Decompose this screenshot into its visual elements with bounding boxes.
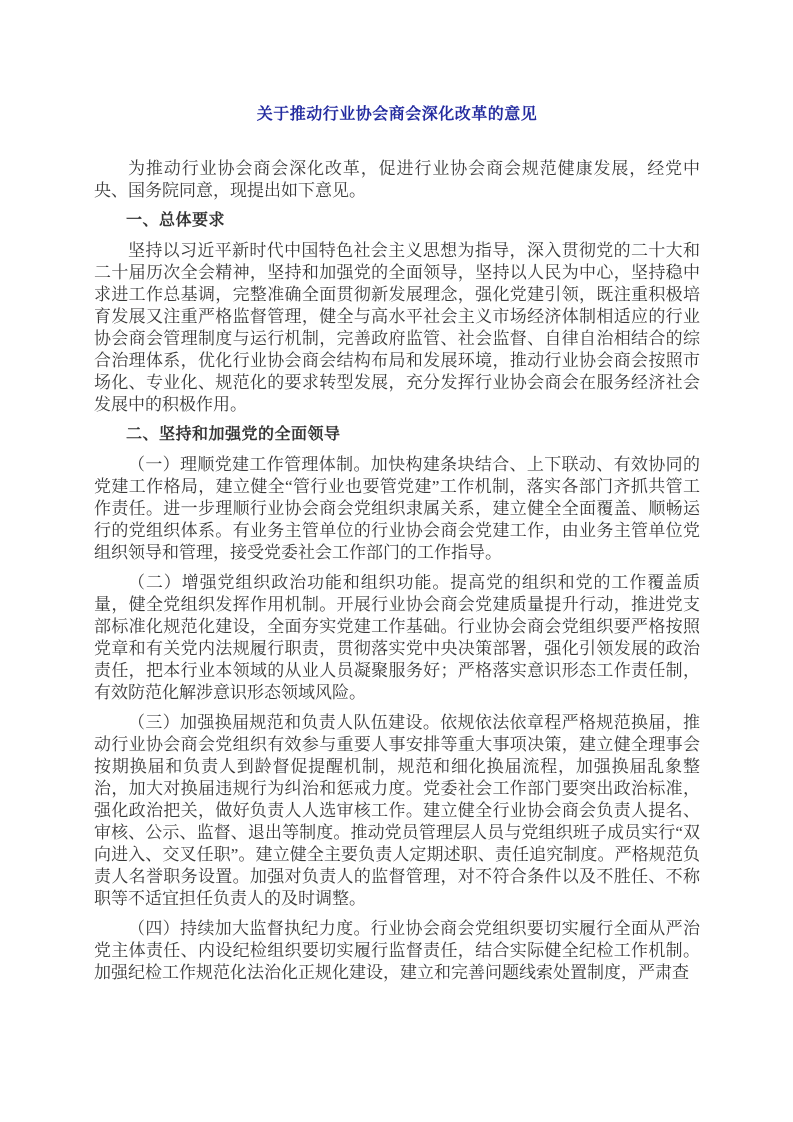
body-paragraph: 坚持以习近平新时代中国特色社会主义思想为指导，深入贯彻党的二十大和二十届历次全会… — [94, 240, 700, 416]
document-page: 关于推动行业协会商会深化改革的意见 为推动行业协会商会深化改革，促进行业协会商会… — [0, 0, 793, 1122]
section-heading: 一、总体要求 — [94, 210, 700, 232]
body-paragraph: （二）增强党组织政治功能和组织功能。提高党的组织和党的工作覆盖质量，健全党组织发… — [94, 572, 700, 704]
section-heading: 二、坚持和加强党的全面领导 — [94, 424, 700, 446]
body-paragraph: （四）持续加大监督执纪力度。行业协会商会党组织要切实履行全面从严治党主体责任、内… — [94, 918, 700, 984]
body-paragraph: （一）理顺党建工作管理体制。加快构建条块结合、上下联动、有效协同的党建工作格局，… — [94, 454, 700, 564]
document-sections: 一、总体要求 坚持以习近平新时代中国特色社会主义思想为指导，深入贯彻党的二十大和… — [94, 210, 700, 984]
document-section: 一、总体要求 坚持以习近平新时代中国特色社会主义思想为指导，深入贯彻党的二十大和… — [94, 210, 700, 416]
intro-paragraph: 为推动行业协会商会深化改革，促进行业协会商会规范健康发展，经党中央、国务院同意，… — [94, 158, 700, 202]
document-title: 关于推动行业协会商会深化改革的意见 — [94, 103, 700, 127]
document-section: 二、坚持和加强党的全面领导 （一）理顺党建工作管理体制。加快构建条块结合、上下联… — [94, 424, 700, 984]
body-paragraph: （三）加强换届规范和负责人队伍建设。依规依法依章程严格规范换届，推动行业协会商会… — [94, 712, 700, 910]
